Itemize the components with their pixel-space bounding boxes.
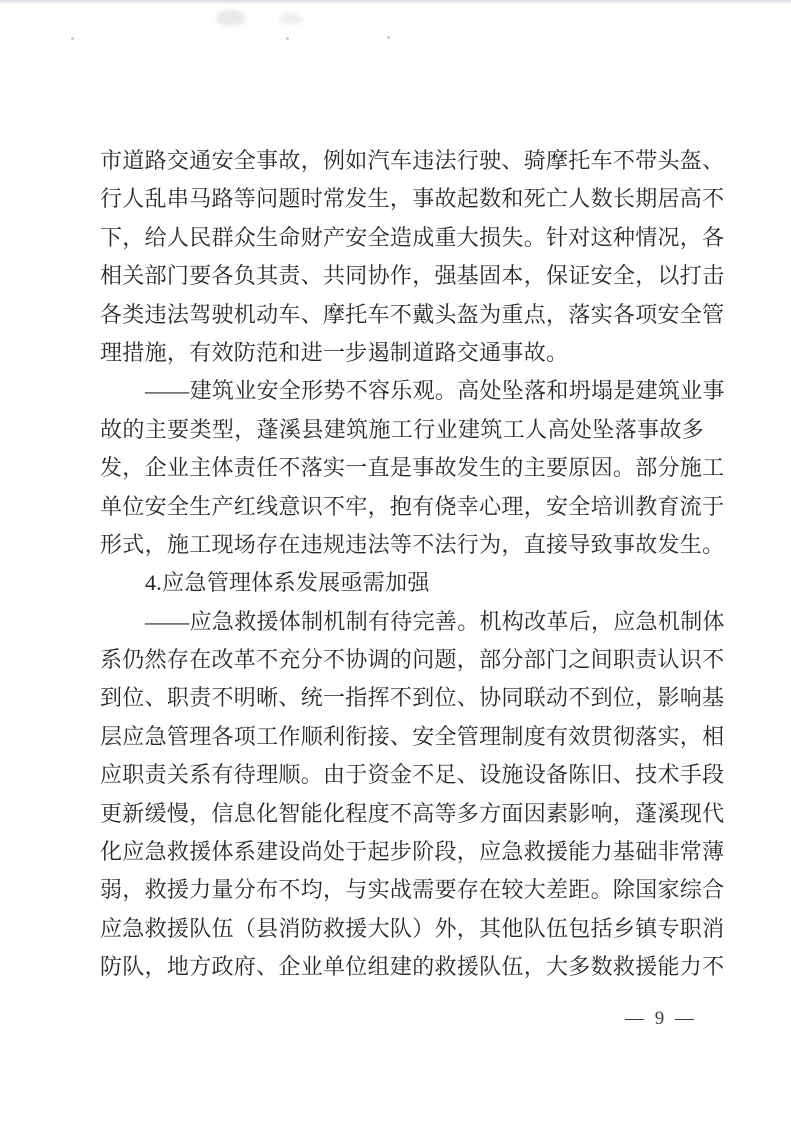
section-heading: 4.应急管理体系发展亟需加强 [100,564,704,602]
text-line paragraph-start: ——应急救援体制机制有待完善。机构改革后，应急机制体 [100,603,704,641]
text-line: 市道路交通安全事故，例如汽车违法行驶、骑摩托车不带头盔、 [100,142,704,180]
text-line: 相关部门要各负其责、共同协作，强基固本，保证安全，以打击 [100,257,704,295]
scan-artifact [286,37,289,40]
text-line: 行人乱串马路等问题时常发生，事故起数和死亡人数长期居高不 [100,180,704,218]
text-line: 系仍然存在改革不充分不协调的问题，部分部门之间职责认识不 [100,641,704,679]
text-line paragraph-start: ——建筑业安全形势不容乐观。高处坠落和坍塌是建筑业事 [100,372,704,410]
text-line: 理措施，有效防范和进一步遏制道路交通事故。 [100,334,704,372]
scan-artifact [71,37,74,40]
text-line: 到位、职责不明晰、统一指挥不到位、协同联动不到位，影响基 [100,679,704,717]
text-line: 单位安全生产红线意识不牢，抱有侥幸心理，安全培训教育流于 [100,488,704,526]
text-line: 应急救援队伍（县消防救援大队）外，其他队伍包括乡镇专职消 [100,910,704,948]
text-line: 下，给人民群众生命财产安全造成重大损失。针对这种情况，各 [100,219,704,257]
scanner-edge-artifact [0,0,791,4]
text-line: 形式，施工现场存在违规违法等不法行为，直接导致事故发生。 [100,526,704,564]
text-line: 弱，救援力量分布不均，与实战需要存在较大差距。除国家综合 [100,871,704,909]
text-line: 防队，地方政府、企业单位组建的救援队伍，大多数救援能力不 [100,948,704,986]
scanned-document-page: 市道路交通安全事故，例如汽车违法行驶、骑摩托车不带头盔、 行人乱串马路等问题时常… [0,0,791,1130]
page-number: — 9 — [625,1006,697,1032]
document-body-text: 市道路交通安全事故，例如汽车违法行驶、骑摩托车不带头盔、 行人乱串马路等问题时常… [100,142,704,987]
text-line: 更新缓慢，信息化智能化程度不高等多方面因素影响，蓬溪现代 [100,795,704,833]
text-line: 层应急管理各项工作顺利衔接、安全管理制度有效贯彻落实，相 [100,718,704,756]
text-line: 化应急救援体系建设尚处于起步阶段，应急救援能力基础非常薄 [100,833,704,871]
scan-artifact [279,13,303,25]
text-line: 发，企业主体责任不落实一直是事故发生的主要原因。部分施工 [100,449,704,487]
text-line: 应职责关系有待理顺。由于资金不足、设施设备陈旧、技术手段 [100,756,704,794]
text-line: 故的主要类型，蓬溪县建筑施工行业建筑工人高处坠落事故多 [100,411,704,449]
scan-artifact [216,10,246,26]
text-line: 各类违法驾驶机动车、摩托车不戴头盔为重点，落实各项安全管 [100,296,704,334]
scan-artifact [387,36,390,39]
